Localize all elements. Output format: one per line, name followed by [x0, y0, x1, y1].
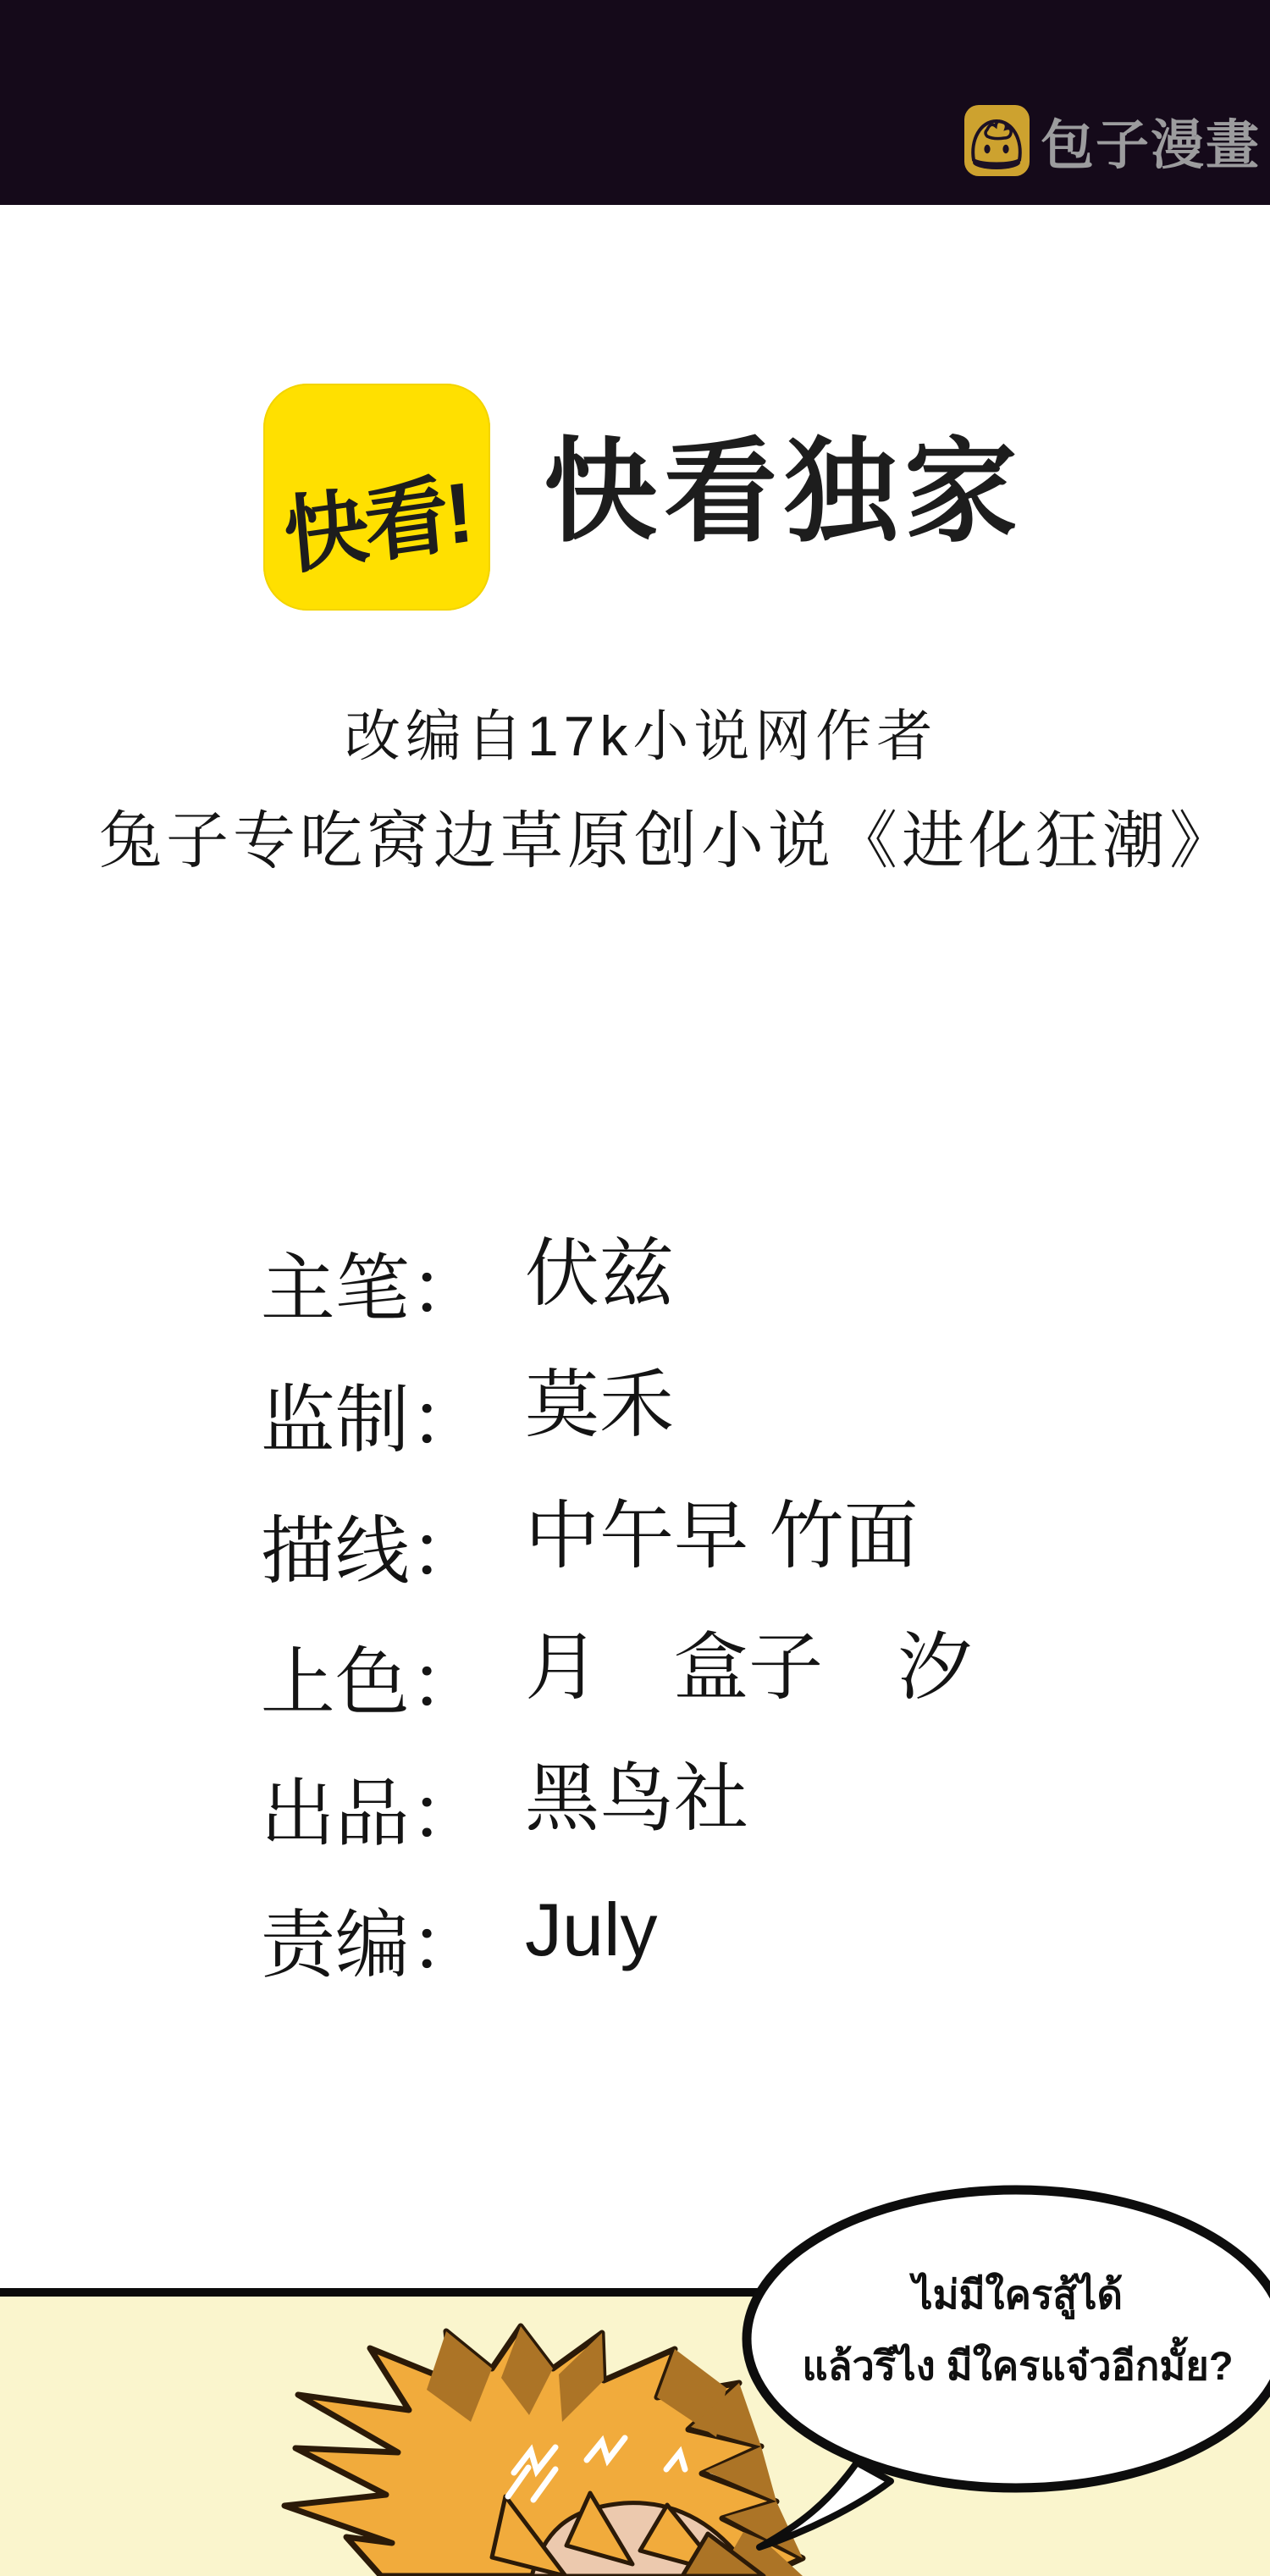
credit-row-coloring: 上色： 月 盒子 汐: [246, 1628, 484, 1713]
bubble-line-2: แล้วรึไง มีใครแจ๋วอีกมั้ย?: [754, 2330, 1270, 2402]
credit-colon: ：: [410, 1378, 484, 1462]
credit-label: 责编: [261, 1903, 410, 1987]
credit-label: 主笔: [261, 1247, 410, 1330]
credit-value: July: [525, 1891, 658, 1969]
credit-colon: ：: [410, 1640, 484, 1724]
credit-row-line-art: 描线： 中午早 竹面: [246, 1497, 484, 1582]
adaptation-line-1: 改编自17k小说网作者: [345, 691, 937, 771]
spiky-orange-hair-character: [284, 2326, 803, 2576]
credit-value: 中午早 竹面: [525, 1497, 918, 1575]
manhua-credits-page: 包子漫畫 快看! 快看独家 改编自17k小说网作者 兔子专吃窝边草原创小说《进化…: [0, 0, 1270, 2576]
credit-colon: ：: [410, 1772, 484, 1855]
credit-row-editor: 责编： July: [246, 1891, 484, 1976]
site-header: 包子漫畫: [0, 0, 1270, 205]
kuaikan-icon-text: 快看!: [279, 444, 475, 591]
credit-label: 上色: [261, 1640, 410, 1724]
credit-row-producer: 出品： 黑鸟社: [246, 1760, 484, 1844]
credit-label: 出品: [261, 1772, 410, 1855]
speech-bubble-text: ไม่มีใครสู้ได้ แล้วรึไง มีใครแจ๋วอีกมั้ย…: [754, 2259, 1270, 2401]
credit-value: 莫禾: [525, 1366, 674, 1444]
credit-colon: ：: [410, 1903, 484, 1987]
kuaikan-app-icon: 快看!: [263, 384, 490, 611]
credit-label: 监制: [261, 1378, 410, 1462]
credit-value: 伏兹: [525, 1235, 674, 1313]
brand-name: 包子漫畫: [1041, 102, 1261, 180]
credit-colon: ：: [410, 1247, 484, 1330]
baozi-bun-icon: [964, 104, 1030, 177]
credit-row-supervisor: 监制： 莫禾: [246, 1366, 484, 1451]
credit-value: 月 盒子 汐: [525, 1628, 972, 1706]
brand-logo: 包子漫畫: [964, 104, 1261, 177]
credit-colon: ：: [410, 1509, 484, 1593]
speech-bubble-tail: [759, 2463, 891, 2547]
adaptation-line-2: 兔子专吃窝边草原创小说《进化狂潮》: [99, 791, 1236, 881]
page-title: 快看独家: [544, 430, 1024, 555]
credit-row-lead-artist: 主笔： 伏兹: [246, 1235, 484, 1319]
credit-label: 描线: [261, 1509, 410, 1593]
credit-value: 黑鸟社: [525, 1760, 748, 1838]
bubble-line-1: ไม่มีใครสู้ได้: [754, 2259, 1270, 2330]
